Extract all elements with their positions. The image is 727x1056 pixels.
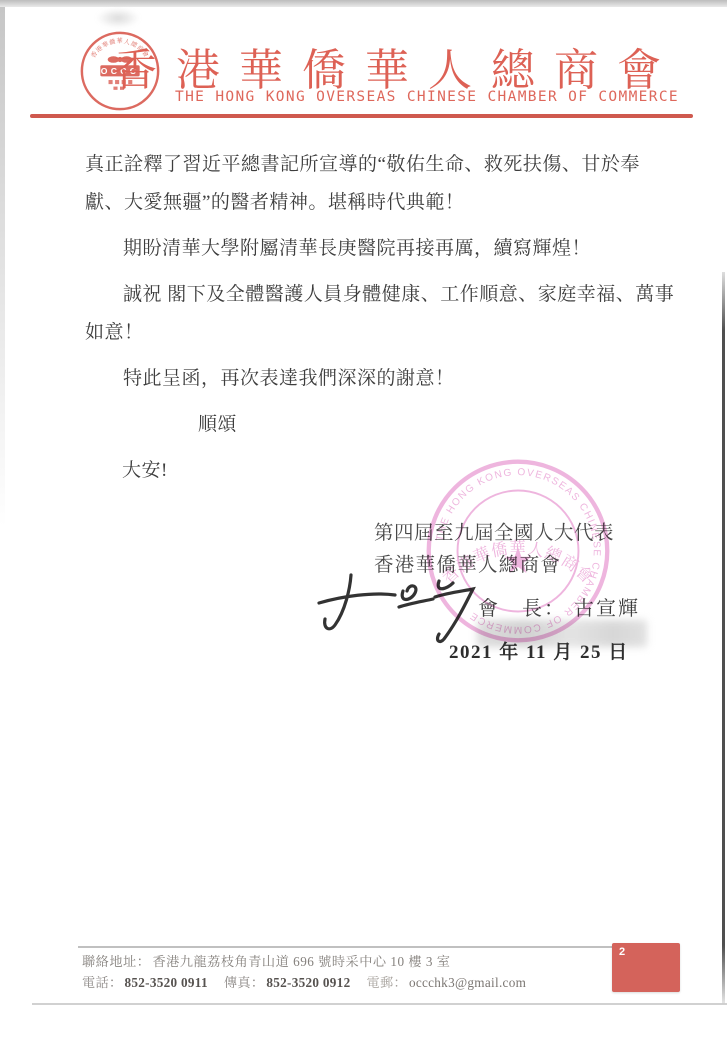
phone-value: 852-3520 0911: [124, 975, 207, 990]
paragraph-1: 真正詮釋了習近平總書記所宣導的“敬佑生命、救死扶傷、甘於奉獻、大愛無疆”的醫者精…: [85, 146, 677, 222]
page-number-badge: 2: [612, 943, 680, 992]
scan-edge-top: [0, 0, 727, 7]
email-value: occchk3@gmail.com: [409, 975, 526, 990]
letter-date: 2021 年 11 月 25 日: [449, 637, 629, 664]
email-label: 電郵：: [366, 975, 406, 990]
footer-contact-line: 電話：852-3520 0911傳真：852-3520 0912電郵：occch…: [82, 972, 526, 991]
letterhead-divider: [30, 114, 693, 118]
chamber-name-english: THE HONG KONG OVERSEAS CHINESE CHAMBER O…: [175, 89, 679, 105]
footer-divider: [78, 946, 612, 948]
closing-phrase: 順頌: [198, 406, 677, 444]
paragraph-3: 誠祝 閣下及全體醫護人員身體健康、工作順意、家庭幸福、萬事如意！: [85, 276, 677, 352]
address-value: 香港九龍荔枝角青山道 696 號時采中心 10 樓 3 室: [152, 954, 450, 969]
letter-body: 真正詮釋了習近平總書記所宣導的“敬佑生命、救死扶傷、甘於奉獻、大愛無疆”的醫者精…: [85, 146, 677, 498]
signer-title-line: 會 長：古宣輝: [478, 592, 640, 621]
scan-smudge: [96, 8, 140, 28]
signer-name: 古宣輝: [574, 598, 640, 620]
scan-edge-bottom: [32, 1003, 727, 1005]
page-number: 2: [619, 946, 625, 958]
closing-salute: 大安!: [122, 452, 677, 490]
phone-label: 電話：: [82, 975, 122, 990]
scan-edge-right: [722, 272, 725, 1004]
paragraph-4: 特此呈函，再次表達我們深深的謝意！: [85, 360, 677, 398]
footer-address-line: 聯絡地址：香港九龍荔枝角青山道 696 號時采中心 10 樓 3 室: [82, 951, 450, 970]
fax-value: 852-3520 0912: [266, 975, 350, 990]
scan-edge-left: [0, 7, 5, 527]
paragraph-2: 期盼清華大學附屬清華長庚醫院再接再厲，續寫輝煌！: [85, 230, 677, 268]
scanned-letter-page: 香港華僑華人總商會 OCCC 香港華僑華人總商會 THE HONG KONG O…: [0, 0, 727, 1056]
signer-title-label: 會 長：: [478, 598, 566, 620]
signer-credential-line: 第四屆至九屆全國人大代表: [374, 517, 614, 545]
address-label: 聯絡地址：: [82, 954, 150, 969]
fax-label: 傳真：: [224, 975, 264, 990]
